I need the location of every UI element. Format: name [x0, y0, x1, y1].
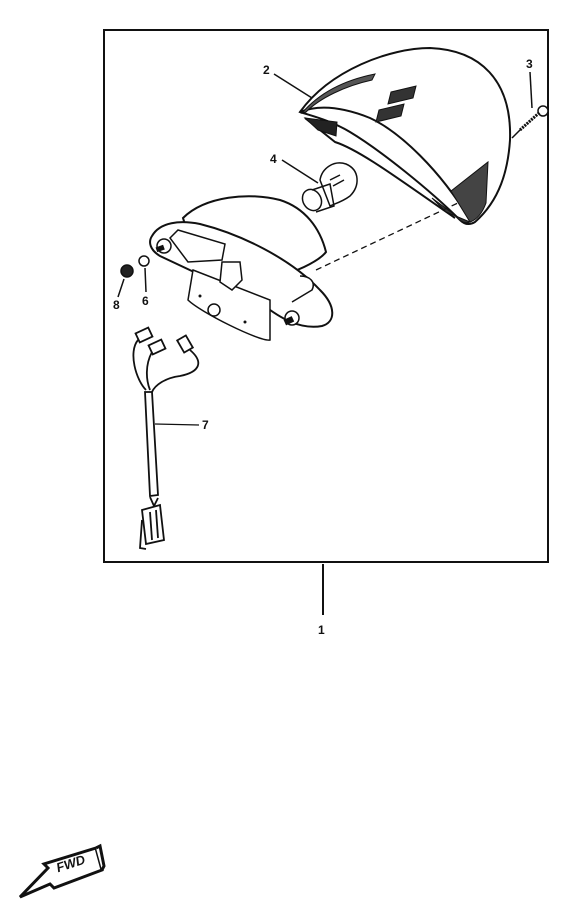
- callout-7: 7: [202, 419, 209, 431]
- washer-part: [139, 256, 149, 292]
- screw-part: [512, 72, 548, 138]
- parts-diagram: [0, 0, 580, 924]
- callout-2: 2: [263, 64, 270, 76]
- housing-part: [150, 196, 332, 340]
- wire-harness-part: [133, 328, 199, 549]
- callout-3: 3: [526, 58, 533, 70]
- callout-1: 1: [318, 624, 325, 636]
- leader-line-2: [274, 74, 312, 98]
- callout-8: 8: [113, 299, 120, 311]
- callout-6: 6: [142, 295, 149, 307]
- nut-part: [118, 265, 133, 297]
- assembly-axis-line: [316, 202, 460, 270]
- callout-4: 4: [270, 153, 277, 165]
